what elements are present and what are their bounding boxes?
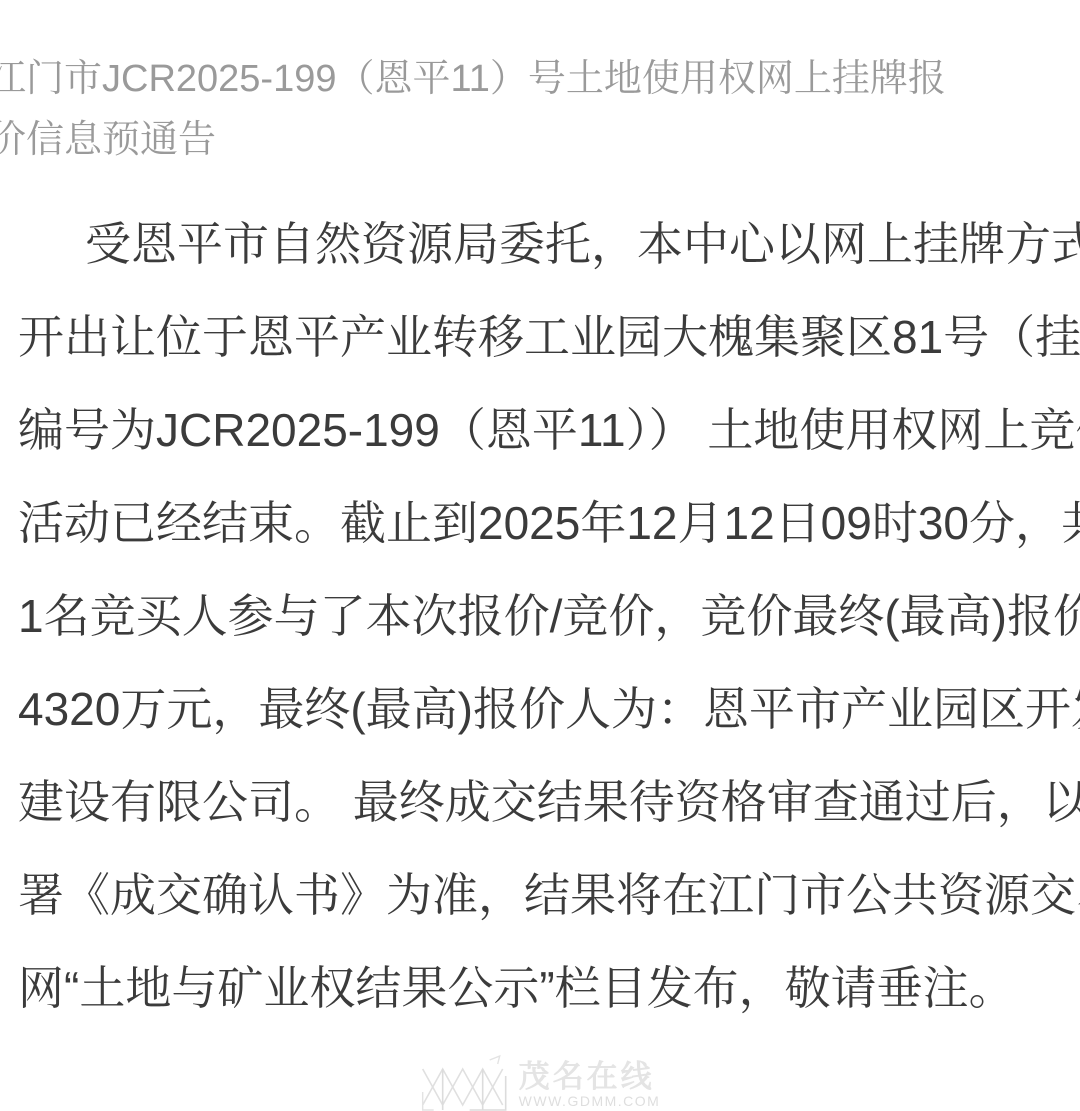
watermark-logo-icon (420, 1052, 510, 1111)
body-line: 开出让位于恩平产业转移工业园大槐集聚区81号（挂牌 (18, 291, 1080, 384)
watermark: 茂名在线 WWW.GDMM.COM (420, 1052, 661, 1111)
page-title-line: 江门市JCR2025-199（恩平11）号土地使用权网上挂牌报 (0, 49, 946, 110)
body-line: 建设有限公司。 最终成交结果待资格审查通过后，以签 (18, 756, 1080, 849)
page-title-line: 价信息预通告 (0, 110, 946, 171)
body-line: 网“土地与矿业权结果公示”栏目发布，敬请垂注。 (18, 942, 1080, 1035)
body-line: 受恩平市自然资源局委托，本中心以网上挂牌方式公 (18, 198, 1080, 291)
notice-body: 受恩平市自然资源局委托，本中心以网上挂牌方式公 开出让位于恩平产业转移工业园大槐… (18, 198, 1080, 1035)
page-title: 江门市JCR2025-199（恩平11）号土地使用权网上挂牌报 价信息预通告 (0, 49, 946, 171)
body-line: 活动已经结束。截止到2025年12月12日09时30分，共有 (18, 477, 1080, 570)
body-line: 1名竞买人参与了本次报价/竞价，竞价最终(最高)报价： (18, 570, 1080, 663)
watermark-text: 茂名在线 WWW.GDMM.COM (519, 1052, 661, 1109)
notice-page: 江门市JCR2025-199（恩平11）号土地使用权网上挂牌报 价信息预通告 受… (0, 0, 1080, 1111)
watermark-site-url: WWW.GDMM.COM (519, 1093, 661, 1109)
body-line: 署《成交确认书》为准，结果将在江门市公共资源交易 (18, 849, 1080, 942)
body-line: 编号为JCR2025-199（恩平11）） 土地使用权网上竞价 (18, 384, 1080, 477)
body-line: 4320万元，最终(最高)报价人为：恩平市产业园区开发 (18, 663, 1080, 756)
watermark-site-name: 茂名在线 (519, 1060, 661, 1093)
